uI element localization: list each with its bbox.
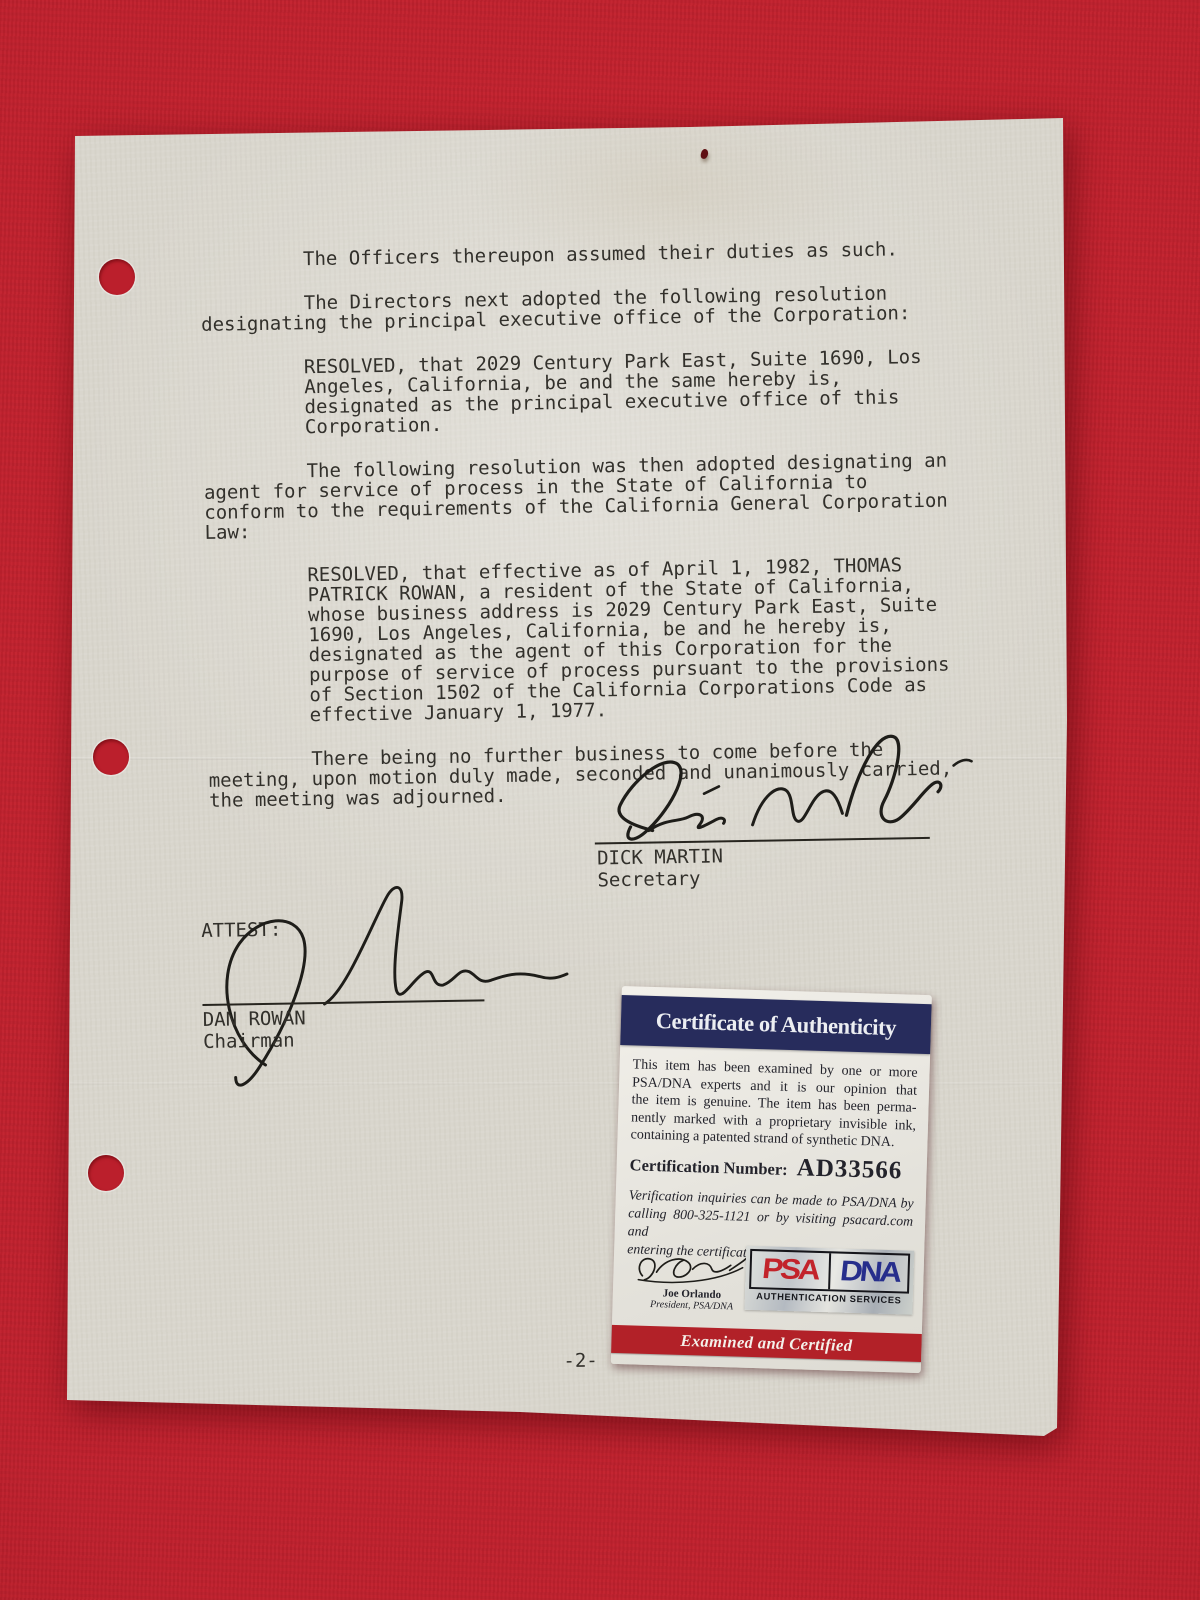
punch-hole-top: [99, 259, 135, 295]
paper-shadow: The Officers thereupon assumed their dut…: [0, 0, 1200, 1600]
examined-certified-text: Examined and Certified: [680, 1331, 853, 1356]
psa-dna-hologram: PSA DNA AUTHENTICATION SERVICES: [744, 1246, 914, 1315]
secretary-signature-block: DICK MARTIN Secretary: [592, 831, 937, 837]
certificate-title: Certificate of Authenticity: [655, 1008, 896, 1041]
authentication-services-label: AUTHENTICATION SERVICES: [749, 1291, 909, 1306]
examined-certified-banner: Examined and Certified: [611, 1325, 922, 1362]
certification-number-label: Certification Number:: [629, 1155, 788, 1180]
dan-rowan-signature: [182, 870, 586, 1127]
dna-wordmark: DNA: [838, 1257, 900, 1287]
chairman-title: Chairman: [203, 1030, 295, 1052]
signer-block: Joe Orlando President, PSA/DNA: [626, 1248, 758, 1313]
paragraph-directors-resolution: The Directors next adopted the following…: [201, 282, 1002, 335]
photo-of-signed-document: { "photo": { "background_color": "#c1212…: [0, 0, 1200, 1600]
punch-hole-middle: [93, 739, 129, 775]
paragraph-agent-resolution: The following resolution was then adopte…: [203, 450, 1004, 543]
paragraph-officers: The Officers thereupon assumed their dut…: [200, 238, 1000, 271]
chairman-name: DAN ROWAN: [203, 1008, 306, 1030]
psa-dna-certificate-card: Certificate of Authenticity This item ha…: [611, 986, 932, 1373]
document-sheet: The Officers thereupon assumed their dut…: [0, 0, 1200, 1600]
joe-orlando-signature: [630, 1248, 755, 1288]
page-number: -2-: [563, 1351, 598, 1372]
certificate-title-banner: Certificate of Authenticity: [620, 995, 931, 1054]
paragraph-resolved-agent: RESOLVED, that effective as of April 1, …: [307, 554, 1008, 726]
certification-number-row: Certification Number: AD33566: [629, 1149, 915, 1185]
certification-number-value: AD33566: [796, 1154, 902, 1185]
punch-hole-bottom: [88, 1155, 124, 1191]
paragraph-resolved-office: RESOLVED, that 2029 Century Park East, S…: [304, 346, 1003, 438]
psa-logo-text: PSA: [751, 1251, 829, 1289]
certificate-body-text: This item has been examined by one or mo…: [630, 1056, 917, 1152]
secretary-title: Secretary: [597, 869, 700, 891]
secretary-name: DICK MARTIN: [597, 846, 723, 868]
psa-wordmark: PSA: [761, 1255, 819, 1285]
psa-dna-logo: PSA DNA: [749, 1249, 910, 1294]
dna-logo-text: DNA: [828, 1253, 908, 1291]
